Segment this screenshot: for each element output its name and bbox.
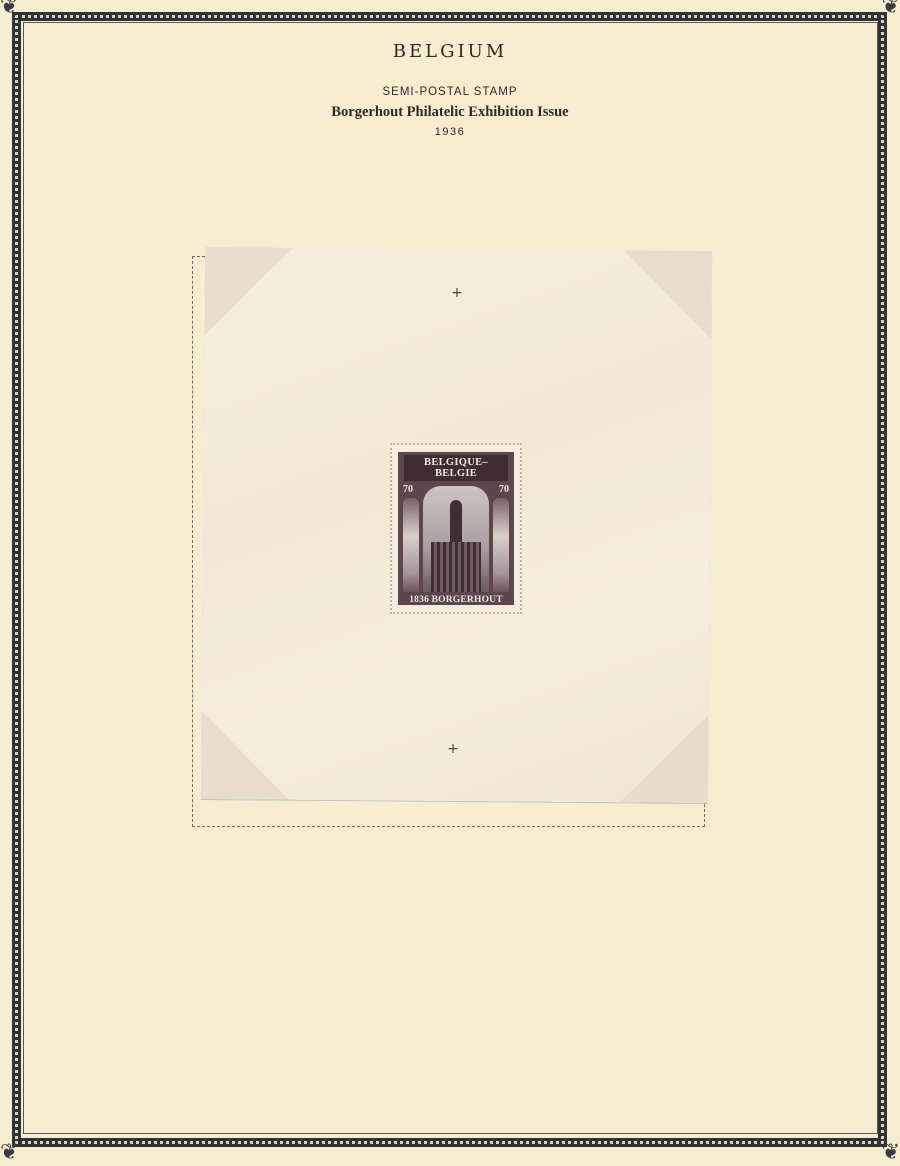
stamp-country-label: BELGIQUE–BELGIE bbox=[404, 455, 508, 481]
corner-ornament-icon: ❦ bbox=[0, 0, 18, 18]
corner-ornament-icon: ❦ bbox=[0, 1142, 18, 1164]
stamp-design: BELGIQUE–BELGIE 70 70 1836 BORGERHOUT 19… bbox=[398, 452, 514, 605]
photo-corner bbox=[204, 247, 293, 336]
registration-cross-icon: + bbox=[446, 742, 460, 756]
statue-left bbox=[403, 498, 419, 592]
stamp: BELGIQUE–BELGIE 70 70 1836 BORGERHOUT 19… bbox=[390, 443, 522, 614]
stamp-vignette: 70 70 bbox=[401, 484, 511, 592]
registration-cross-icon: + bbox=[450, 286, 464, 300]
photo-corner bbox=[201, 711, 290, 800]
issue-title: Borgerhout Philatelic Exhibition Issue bbox=[0, 104, 900, 121]
town-hall-image bbox=[423, 486, 489, 592]
stamp-caption: 1836 BORGERHOUT 1936 bbox=[401, 595, 511, 615]
corner-ornament-icon: ❦ bbox=[882, 1142, 900, 1164]
album-page: ❦ ❦ ❦ ❦ BELGIUM SEMI-POSTAL STAMP Borger… bbox=[0, 0, 900, 1166]
town-hall-tower bbox=[450, 500, 462, 544]
photo-corner bbox=[620, 714, 709, 803]
stamp-denomination: 70 bbox=[499, 484, 509, 495]
photo-corner bbox=[623, 250, 712, 339]
stamp-category: SEMI-POSTAL STAMP bbox=[0, 86, 900, 98]
country-title: BELGIUM bbox=[0, 41, 900, 62]
town-hall-facade bbox=[431, 542, 481, 592]
statue-right bbox=[493, 498, 509, 592]
corner-ornament-icon: ❦ bbox=[882, 0, 900, 18]
issue-year: 1936 bbox=[0, 126, 900, 138]
page-header: BELGIUM SEMI-POSTAL STAMP Borgerhout Phi… bbox=[0, 40, 900, 138]
stamp-denomination: 70 bbox=[403, 484, 413, 495]
